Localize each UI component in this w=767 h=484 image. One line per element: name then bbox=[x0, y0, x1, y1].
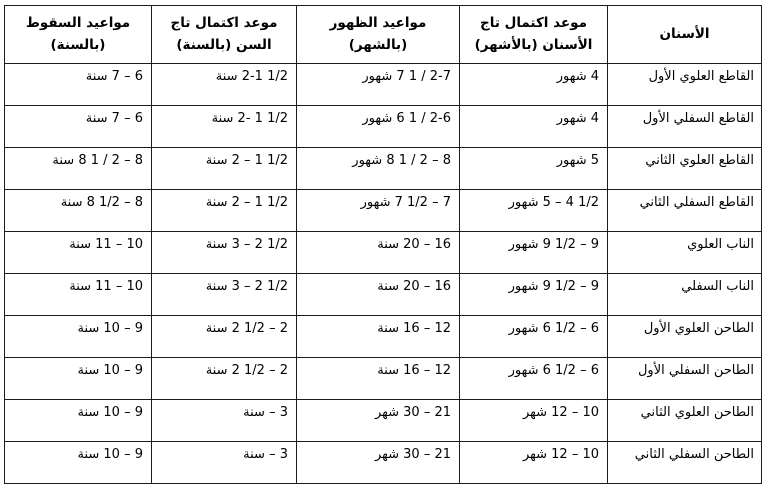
eruption-time-cell: 21 – 30 شهر bbox=[297, 400, 460, 442]
crown-completion-years-cell: 2 – 1/2 2 سنة bbox=[152, 316, 297, 358]
shedding-time-cell: 6 – 7 سنة bbox=[5, 64, 152, 106]
shedding-time-cell: 9 – 10 سنة bbox=[5, 358, 152, 400]
table-row: القاطع العلوي الثاني 5 شهور 8 – 2 / 1 8 … bbox=[5, 148, 762, 190]
tooth-name-cell: الناب العلوي bbox=[608, 232, 762, 274]
crown-completion-years-cell: 1/2 2 – 3 سنة bbox=[152, 274, 297, 316]
tooth-name-cell: القاطع العلوي الأول bbox=[608, 64, 762, 106]
tooth-name-cell: القاطع السفلي الثاني bbox=[608, 190, 762, 232]
table-row: الطاحن العلوي الثاني 10 – 12 شهر 21 – 30… bbox=[5, 400, 762, 442]
document-page: الأسنان موعد اكتمال تاج الأسنان (بالأشهر… bbox=[0, 0, 767, 442]
header-row: الأسنان موعد اكتمال تاج الأسنان (بالأشهر… bbox=[5, 6, 762, 64]
shedding-time-cell: 10 – 11 سنة bbox=[5, 274, 152, 316]
table-row: الطاحن السفلي الأول 6 – 1/2 6 شهور 12 – … bbox=[5, 358, 762, 400]
table-row: القاطع السفلي الثاني 1/2 4 – 5 شهور 7 – … bbox=[5, 190, 762, 232]
header-crown-years: موعد اكتمال تاج السن (بالسنة) bbox=[152, 6, 297, 64]
table-row: القاطع السفلي الأول 4 شهور 2-6 / 1 6 شهو… bbox=[5, 106, 762, 148]
tooth-name-cell: الطاحن العلوي الأول bbox=[608, 316, 762, 358]
shedding-time-cell: 6 – 7 سنة bbox=[5, 106, 152, 148]
crown-completion-years-cell: 3 – سنة bbox=[152, 442, 297, 484]
crown-completion-months-cell: 6 – 1/2 6 شهور bbox=[460, 316, 608, 358]
crown-completion-years-cell: 1/2 2 – 3 سنة bbox=[152, 232, 297, 274]
table-row: الطاحن السفلي الثاني 10 – 12 شهر 21 – 30… bbox=[5, 442, 762, 484]
shedding-time-cell: 8 – 2 / 1 8 سنة bbox=[5, 148, 152, 190]
tooth-name-cell: الناب السفلي bbox=[608, 274, 762, 316]
tooth-name-cell: القاطع العلوي الثاني bbox=[608, 148, 762, 190]
teeth-eruption-table: الأسنان موعد اكتمال تاج الأسنان (بالأشهر… bbox=[4, 5, 762, 484]
header-crown-months: موعد اكتمال تاج الأسنان (بالأشهر) bbox=[460, 6, 608, 64]
crown-completion-months-cell: 9 – 1/2 9 شهور bbox=[460, 274, 608, 316]
header-shedding: مواعيد السقوط (بالسنة) bbox=[5, 6, 152, 64]
shedding-time-cell: 9 – 10 سنة bbox=[5, 400, 152, 442]
tooth-name-cell: الطاحن السفلي الأول bbox=[608, 358, 762, 400]
shedding-time-cell: 10 – 11 سنة bbox=[5, 232, 152, 274]
eruption-time-cell: 8 – 2 / 1 8 شهور bbox=[297, 148, 460, 190]
crown-completion-months-cell: 5 شهور bbox=[460, 148, 608, 190]
header-eruption: مواعيد الظهور (بالشهر) bbox=[297, 6, 460, 64]
crown-completion-years-cell: 1/2 1 – 2 سنة bbox=[152, 190, 297, 232]
crown-completion-years-cell: 1/2 2-1 سنة bbox=[152, 64, 297, 106]
crown-completion-months-cell: 6 – 1/2 6 شهور bbox=[460, 358, 608, 400]
eruption-time-cell: 12 – 16 سنة bbox=[297, 316, 460, 358]
eruption-time-cell: 2-6 / 1 6 شهور bbox=[297, 106, 460, 148]
crown-completion-months-cell: 10 – 12 شهر bbox=[460, 400, 608, 442]
tooth-name-cell: الطاحن العلوي الثاني bbox=[608, 400, 762, 442]
eruption-time-cell: 21 – 30 شهر bbox=[297, 442, 460, 484]
crown-completion-months-cell: 1/2 4 – 5 شهور bbox=[460, 190, 608, 232]
tooth-name-cell: القاطع السفلي الأول bbox=[608, 106, 762, 148]
eruption-time-cell: 12 – 16 سنة bbox=[297, 358, 460, 400]
crown-completion-years-cell: 3 – سنة bbox=[152, 400, 297, 442]
tooth-name-cell: الطاحن السفلي الثاني bbox=[608, 442, 762, 484]
eruption-time-cell: 7 – 1/2 7 شهور bbox=[297, 190, 460, 232]
crown-completion-months-cell: 4 شهور bbox=[460, 64, 608, 106]
crown-completion-months-cell: 9 – 1/2 9 شهور bbox=[460, 232, 608, 274]
table-row: الناب العلوي 9 – 1/2 9 شهور 16 – 20 سنة … bbox=[5, 232, 762, 274]
crown-completion-years-cell: 2 – 1/2 2 سنة bbox=[152, 358, 297, 400]
crown-completion-months-cell: 4 شهور bbox=[460, 106, 608, 148]
table-row: القاطع العلوي الأول 4 شهور 2-7 / 1 7 شهو… bbox=[5, 64, 762, 106]
shedding-time-cell: 9 – 10 سنة bbox=[5, 442, 152, 484]
crown-completion-years-cell: 1/2 1 -2 سنة bbox=[152, 106, 297, 148]
eruption-time-cell: 2-7 / 1 7 شهور bbox=[297, 64, 460, 106]
shedding-time-cell: 8 – 1/2 8 سنة bbox=[5, 190, 152, 232]
eruption-time-cell: 16 – 20 سنة bbox=[297, 274, 460, 316]
shedding-time-cell: 9 – 10 سنة bbox=[5, 316, 152, 358]
crown-completion-years-cell: 1/2 1 – 2 سنة bbox=[152, 148, 297, 190]
eruption-time-cell: 16 – 20 سنة bbox=[297, 232, 460, 274]
table-row: الطاحن العلوي الأول 6 – 1/2 6 شهور 12 – … bbox=[5, 316, 762, 358]
table-row: الناب السفلي 9 – 1/2 9 شهور 16 – 20 سنة … bbox=[5, 274, 762, 316]
header-teeth: الأسنان bbox=[608, 6, 762, 64]
crown-completion-months-cell: 10 – 12 شهر bbox=[460, 442, 608, 484]
